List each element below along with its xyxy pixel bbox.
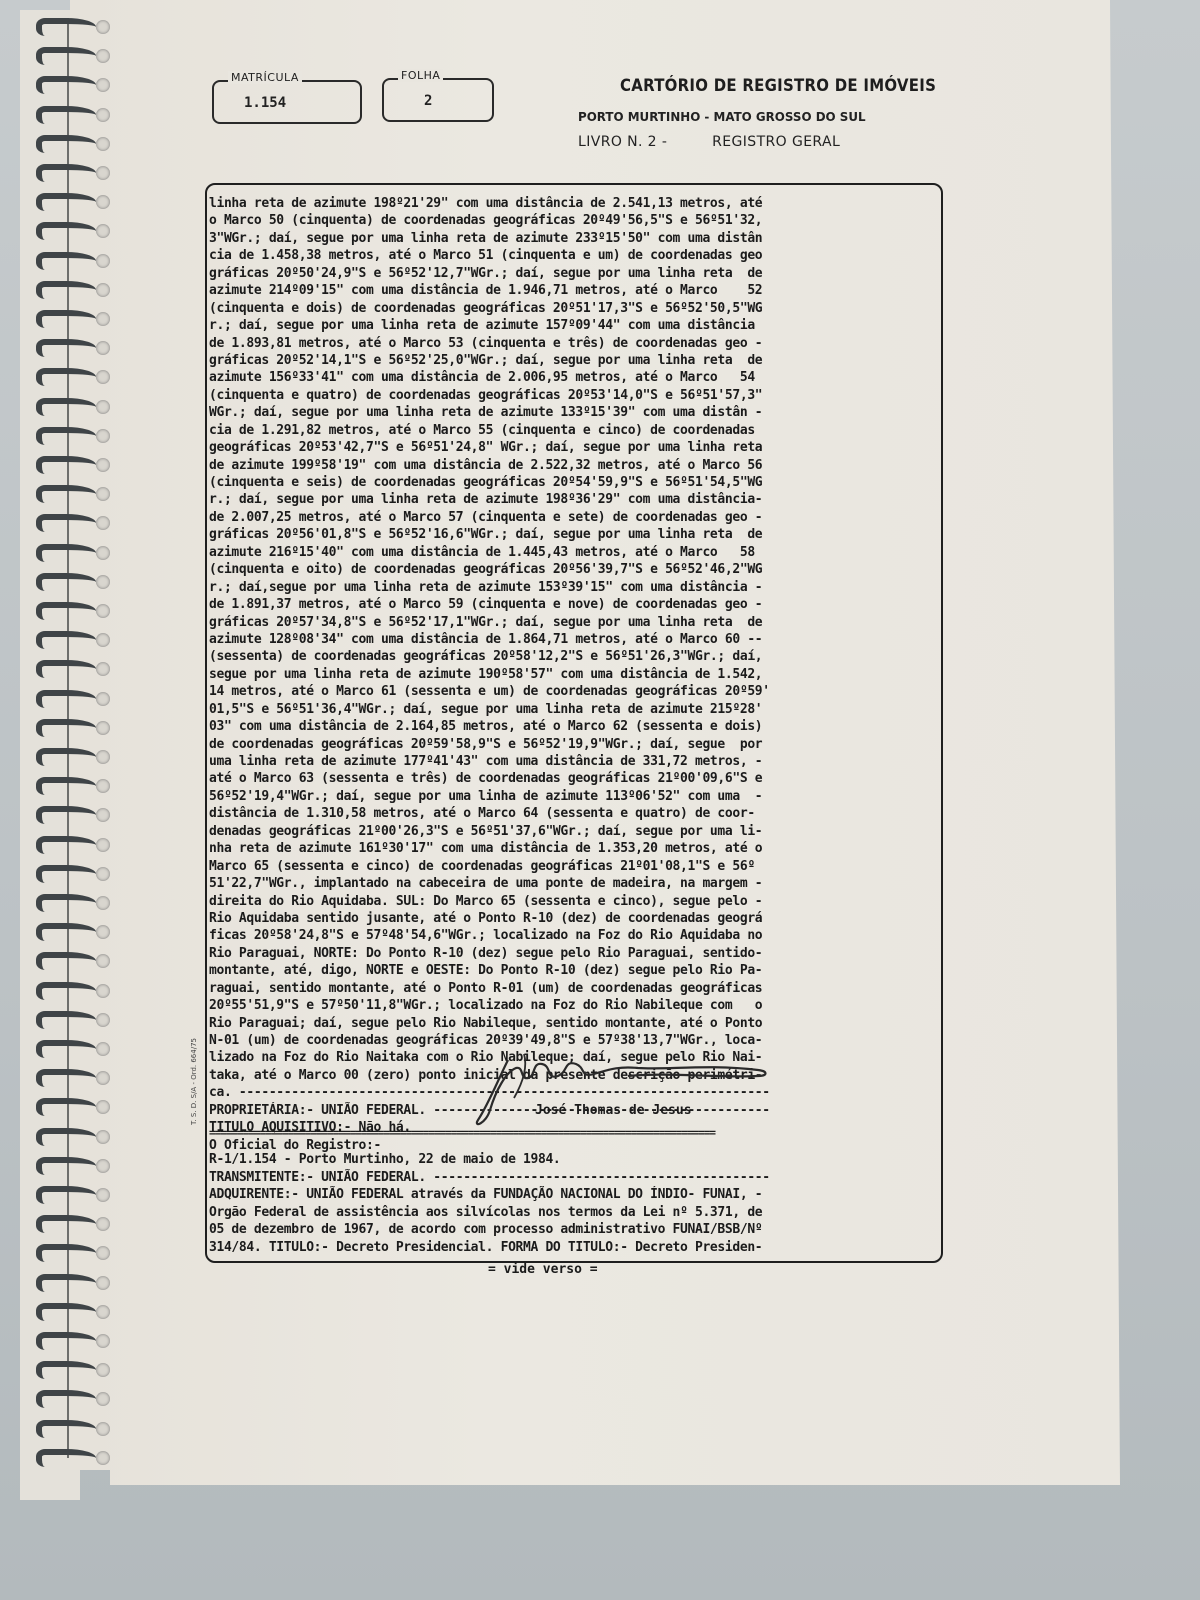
description-line: de coordenadas geográficas 20º59'58,9"S … (209, 736, 939, 753)
signature-icon (468, 1050, 788, 1130)
description-line: azimute 156º33'41" com uma distância de … (209, 369, 939, 386)
spiral-coil (36, 660, 96, 678)
spiral-coil (36, 631, 96, 649)
folha-label: FOLHA (398, 69, 443, 82)
description-line: (cinquenta e quatro) de coordenadas geog… (209, 387, 939, 404)
book-info: LIVRO N. 2 - REGISTRO GERAL (578, 134, 840, 150)
spiral-coil (36, 18, 96, 36)
description-line: 20º55'51,9"S e 57º50'11,8"WGr.; localiza… (209, 997, 939, 1014)
description-line: direita do Rio Aquidaba. SUL: Do Marco 6… (209, 893, 939, 910)
spiral-coil (36, 135, 96, 153)
description-line: gráficas 20º50'24,9"S e 56º52'12,7"WGr.;… (209, 265, 939, 282)
description-line: o Marco 50 (cinquenta) de coordenadas ge… (209, 212, 939, 229)
spiral-coil (36, 485, 96, 503)
spiral-coil (36, 1215, 96, 1233)
description-line: montante, até, digo, NORTE e OESTE: Do P… (209, 962, 939, 979)
spiral-coil (36, 514, 96, 532)
spiral-coil (36, 923, 96, 941)
description-line: (cinquenta e oito) de coordenadas geográ… (209, 561, 939, 578)
description-line: cia de 1.458,38 metros, até o Marco 51 (… (209, 247, 939, 264)
spiral-coil (36, 106, 96, 124)
description-line: N-01 (um) de coordenadas geográficas 20º… (209, 1032, 939, 1049)
spiral-coil (36, 1420, 96, 1438)
description-line: azimute 216º15'40" com uma distância de … (209, 544, 939, 561)
spiral-coil (36, 865, 96, 883)
registration-line: Orgão Federal de assistência aos silvíco… (209, 1204, 939, 1222)
spiral-coil (36, 952, 96, 970)
spiral-coil (36, 544, 96, 562)
folha-box: FOLHA 2 (382, 78, 494, 122)
spiral-coil (36, 777, 96, 795)
spiral-coil (36, 690, 96, 708)
spiral-coil (36, 368, 96, 386)
spiral-coil (36, 252, 96, 270)
spiral-coil (36, 164, 96, 182)
description-line: azimute 128º08'34" com uma distância de … (209, 631, 939, 648)
description-line: até o Marco 63 (sessenta e três) de coor… (209, 770, 939, 787)
registration-line: ADQUIRENTE:- UNIÃO FEDERAL através da FU… (209, 1186, 939, 1204)
spiral-coil (36, 339, 96, 357)
spiral-coil (36, 47, 96, 65)
description-line: 01,5"S e 56º51'36,4"WGr.; daí, segue por… (209, 701, 939, 718)
spiral-coil (36, 222, 96, 240)
description-line: 14 metros, até o Marco 61 (sessenta e um… (209, 683, 939, 700)
description-line: 03" com uma distância de 2.164,85 metros… (209, 718, 939, 735)
spiral-coil (36, 193, 96, 211)
description-line: Rio Paraguai, NORTE: Do Ponto R-10 (dez)… (209, 945, 939, 962)
description-line: r.; daí,segue por uma linha reta de azim… (209, 579, 939, 596)
spiral-coil (36, 1098, 96, 1116)
description-line: r.; daí, segue por uma linha reta de azi… (209, 317, 939, 334)
spiral-coil (36, 1361, 96, 1379)
description-line: gráficas 20º57'34,8"S e 56º52'17,1"WGr.;… (209, 614, 939, 631)
spiral-coil (36, 1390, 96, 1408)
description-line: gráficas 20º56'01,8"S e 56º52'16,6"WGr.;… (209, 526, 939, 543)
description-line: 3"WGr.; daí, segue por uma linha reta de… (209, 230, 939, 247)
description-line: Rio Aquidaba sentido jusante, até o Pont… (209, 910, 939, 927)
spiral-coil (36, 1244, 96, 1262)
registration-line: TRANSMITENTE:- UNIÃO FEDERAL. ----------… (209, 1169, 939, 1187)
description-line: 56º52'19,4"WGr.; daí, segue por uma linh… (209, 788, 939, 805)
spiral-coil (36, 836, 96, 854)
spiral-coil (36, 1186, 96, 1204)
description-line: WGr.; daí, segue por uma linha reta de a… (209, 404, 939, 421)
description-line: r.; daí, segue por uma linha reta de azi… (209, 491, 939, 508)
spiral-coil (36, 602, 96, 620)
spiral-coil (36, 982, 96, 1000)
registration-entry: R-1/1.154 - Porto Murtinho, 22 de maio d… (209, 1151, 939, 1256)
spiral-binding (28, 18, 108, 1478)
spiral-coil (36, 1303, 96, 1321)
description-line: Marco 65 (sessenta e cinco) de coordenad… (209, 858, 939, 875)
description-line: distância de 1.310,58 metros, até o Marc… (209, 805, 939, 822)
description-line: de 2.007,25 metros, até o Marco 57 (cinq… (209, 509, 939, 526)
matricula-label: MATRÍCULA (228, 71, 302, 84)
spiral-coil (36, 281, 96, 299)
registration-line: 314/84. TITULO:- Decreto Presidencial. F… (209, 1239, 939, 1257)
description-line: geográficas 20º53'42,7"S e 56º51'24,8" W… (209, 439, 939, 456)
spiral-coil (36, 748, 96, 766)
folha-value: 2 (424, 93, 432, 109)
registration-line: R-1/1.154 - Porto Murtinho, 22 de maio d… (209, 1151, 939, 1169)
book-type: REGISTRO GERAL (712, 134, 840, 150)
description-line: uma linha reta de azimute 177º41'43" com… (209, 753, 939, 770)
spiral-coil (36, 1040, 96, 1058)
spiral-coil (36, 76, 96, 94)
description-line: ficas 20º58'24,8"S e 57º48'54,6"WGr.; lo… (209, 927, 939, 944)
spiral-coil (36, 1332, 96, 1350)
section-separator: ========================================… (209, 1126, 937, 1140)
spiral-coil (36, 806, 96, 824)
spiral-coil (36, 1128, 96, 1146)
description-line: (cinquenta e dois) de coordenadas geográ… (209, 300, 939, 317)
office-title: CARTÓRIO DE REGISTRO DE IMÓVEIS (620, 76, 936, 96)
spiral-coil (36, 1157, 96, 1175)
description-line: 51'22,7"WGr., implantado na cabeceira de… (209, 875, 939, 892)
description-line: Rio Paraguai; daí, segue pelo Rio Nabile… (209, 1015, 939, 1032)
perimeter-description: linha reta de azimute 198º21'29" com uma… (209, 195, 939, 1154)
description-line: cia de 1.291,82 metros, até o Marco 55 (… (209, 422, 939, 439)
office-city: PORTO MURTINHO - MATO GROSSO DO SUL (578, 109, 866, 124)
spiral-coil (36, 310, 96, 328)
spiral-coil (36, 398, 96, 416)
description-line: de azimute 199º58'19" com uma distância … (209, 457, 939, 474)
spiral-coil (36, 427, 96, 445)
matricula-box: MATRÍCULA 1.154 (212, 80, 362, 124)
description-line: de 1.891,37 metros, até o Marco 59 (cinq… (209, 596, 939, 613)
officer-name: José Thomas de Jesus (535, 1103, 692, 1118)
matricula-value: 1.154 (244, 95, 286, 111)
description-line: gráficas 20º52'14,1"S e 56º52'25,0"WGr.;… (209, 352, 939, 369)
spiral-coil (36, 573, 96, 591)
spiral-coil (36, 1449, 96, 1467)
spiral-coil (36, 1274, 96, 1292)
description-line: linha reta de azimute 198º21'29" com uma… (209, 195, 939, 212)
spiral-coil (36, 1011, 96, 1029)
registration-line: 05 de dezembro de 1967, de acordo com pr… (209, 1221, 939, 1239)
description-line: (sessenta) de coordenadas geográficas 20… (209, 648, 939, 665)
printer-imprint: T. S. D. S/A - Ord. 664/75 (190, 1030, 204, 1125)
description-line: azimute 214º09'15" com uma distância de … (209, 282, 939, 299)
description-line: segue por uma linha reta de azimute 190º… (209, 666, 939, 683)
vide-verso-note: = vide verso = (488, 1262, 598, 1277)
description-line: denadas geográficas 21º00'26,3"S e 56º51… (209, 823, 939, 840)
spiral-coil (36, 894, 96, 912)
spiral-coil (36, 719, 96, 737)
spiral-coil (36, 1069, 96, 1087)
spiral-coil (36, 456, 96, 474)
description-line: raguai, sentido montante, até o Ponto R-… (209, 980, 939, 997)
book-number: LIVRO N. 2 - (578, 134, 667, 150)
description-line: (cinquenta e seis) de coordenadas geográ… (209, 474, 939, 491)
description-line: de 1.893,81 metros, até o Marco 53 (cinq… (209, 335, 939, 352)
description-line: nha reta de azimute 161º30'17" com uma d… (209, 840, 939, 857)
